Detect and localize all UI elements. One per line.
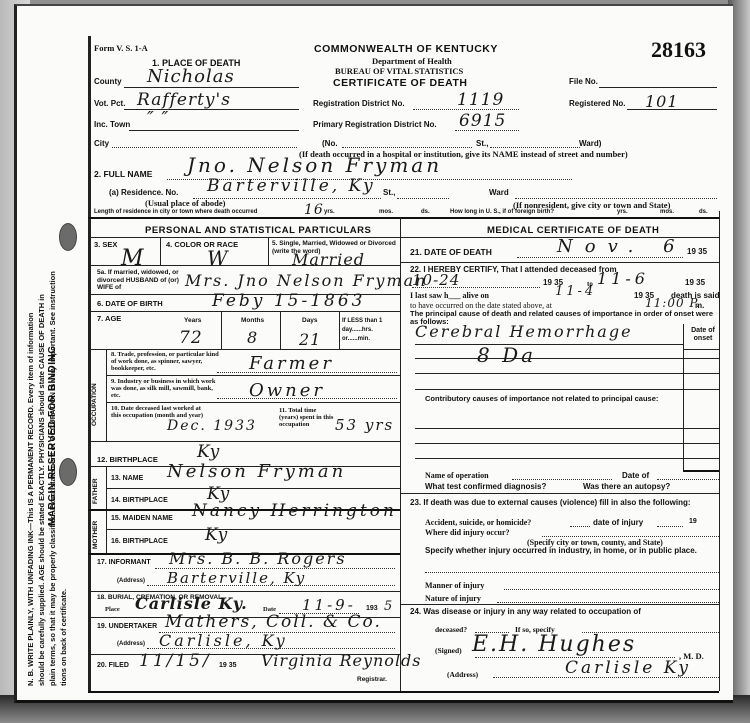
autopsy-label: Was there an autopsy? bbox=[583, 482, 670, 491]
city-st-label: St., bbox=[476, 139, 488, 148]
age-less-label: If LESS than 1 day......hrs. or......min… bbox=[342, 317, 398, 344]
father-side-label: FATHER bbox=[92, 478, 99, 504]
city-no-label: (No. bbox=[322, 139, 338, 148]
medical-section-heading: MEDICAL CERTIFICATE OF DEATH bbox=[487, 225, 659, 236]
divider bbox=[106, 529, 400, 530]
burial-year-suffix: 5 bbox=[384, 599, 393, 614]
last-saw-value: 11-4 bbox=[555, 284, 596, 299]
last-worked-label: 10. Date deceased last worked at this oc… bbox=[111, 405, 209, 419]
registrar-label: Registrar. bbox=[357, 676, 387, 683]
informant-label: 17. INFORMANT bbox=[97, 559, 151, 566]
external-causes-label: 23. If death was due to external causes … bbox=[410, 498, 715, 507]
injury-year-label: 19 bbox=[689, 518, 697, 525]
divider bbox=[221, 311, 222, 349]
spouse-value: Mrs. Jno Nelson Fryman bbox=[185, 271, 427, 290]
divider bbox=[683, 349, 719, 350]
mother-side-label: MOTHER bbox=[92, 521, 99, 549]
divider bbox=[88, 349, 400, 350]
primary-district-value: 6915 bbox=[459, 111, 506, 131]
length-mos-label: mos. bbox=[379, 209, 393, 215]
father-birthplace-label: 14. BIRTHPLACE bbox=[111, 497, 168, 504]
date-of-death-value: Nov. 6 bbox=[557, 236, 687, 257]
city-label: City bbox=[94, 139, 109, 148]
operation-date-underline bbox=[657, 479, 719, 480]
county-label: County bbox=[94, 77, 122, 86]
occupation-question-label: 24. Was disease or injury in any way rel… bbox=[410, 607, 641, 616]
length-of-residence-years: 16 bbox=[304, 202, 324, 218]
age-months-value: 8 bbox=[247, 328, 258, 347]
operation-label: Name of operation bbox=[425, 471, 489, 480]
burial-year-prefix: 193 bbox=[366, 605, 378, 612]
date-of-death-year: 19 35 bbox=[687, 247, 707, 256]
age-years-label: Years bbox=[184, 317, 201, 324]
dob-label: 6. DATE OF BIRTH bbox=[97, 299, 163, 308]
length-yrs-label: yrs. bbox=[324, 209, 335, 215]
injury-date-underline bbox=[657, 526, 683, 527]
cause-line bbox=[415, 344, 683, 345]
undertaker-address-value: Carlisle, Ky bbox=[159, 631, 288, 650]
physician-address-label: (Address) bbox=[447, 670, 478, 679]
father-name-label: 13. NAME bbox=[111, 475, 143, 482]
total-time-value: 53 yrs bbox=[335, 416, 394, 434]
injury-date-label: date of injury bbox=[593, 518, 643, 527]
time-value: 11:00 P. bbox=[645, 296, 701, 310]
inc-town-underline bbox=[129, 130, 299, 131]
form-id: Form V. S. 1-A bbox=[94, 43, 148, 53]
divider bbox=[88, 311, 400, 312]
attended-to-value: 11-6 bbox=[597, 269, 649, 288]
cause-line bbox=[415, 428, 719, 429]
divider bbox=[106, 349, 107, 441]
divider bbox=[160, 237, 161, 265]
divider bbox=[400, 604, 719, 605]
certificate-title: CERTIFICATE OF DEATH bbox=[333, 77, 467, 89]
foreign-mos-label: mos. bbox=[660, 209, 674, 215]
residence-value: Barterville, Ky bbox=[207, 176, 376, 196]
informant-value: Mrs. B. B. Rogers bbox=[169, 549, 347, 568]
operation-underline bbox=[512, 479, 612, 480]
primary-district-label: Primary Registration District No. bbox=[313, 120, 437, 129]
certificate-number: 28163 bbox=[651, 37, 706, 63]
specify-underline bbox=[425, 572, 719, 573]
city-st-underline bbox=[490, 147, 580, 148]
punch-hole-top bbox=[59, 223, 77, 251]
age-label: 7. AGE bbox=[97, 314, 121, 323]
form-left-border bbox=[88, 36, 91, 691]
burial-place-label: Place bbox=[105, 606, 120, 613]
age-days-label: Days bbox=[302, 317, 318, 324]
nature-label: Nature of injury bbox=[425, 594, 481, 603]
birthplace-label: 12. BIRTHPLACE bbox=[97, 455, 158, 464]
residence-label: (a) Residence. No. bbox=[109, 188, 178, 197]
undertaker-address-label: (Address) bbox=[117, 641, 145, 647]
length-ds-label: ds. bbox=[421, 209, 430, 215]
length-of-residence-label: Length of residence in city or town wher… bbox=[94, 209, 257, 215]
cause-line bbox=[415, 458, 719, 459]
occupation-side-label: OCCUPATION bbox=[91, 383, 98, 426]
registrar-signature: Virginia Reynolds bbox=[261, 651, 422, 670]
abode-note: (Usual place of abode) bbox=[145, 198, 226, 208]
where-underline bbox=[542, 536, 719, 537]
mother-name-label: 15. MAIDEN NAME bbox=[111, 515, 173, 522]
registration-district-label: Registration District No. bbox=[313, 99, 405, 108]
divider bbox=[683, 470, 719, 472]
mother-name-value: Nancy Herrington bbox=[192, 501, 397, 521]
manner-underline bbox=[504, 589, 719, 590]
cause-line bbox=[415, 443, 719, 444]
state-heading: COMMONWEALTH OF KENTUCKY bbox=[314, 43, 498, 55]
form-right-border bbox=[719, 211, 720, 691]
contributory-label: Contributory causes of importance not re… bbox=[425, 395, 675, 403]
marital-value: Married bbox=[292, 250, 365, 269]
city-underline bbox=[112, 147, 297, 148]
foreign-ds-label: ds. bbox=[699, 209, 708, 215]
county-value: Nicholas bbox=[147, 66, 235, 87]
divider bbox=[339, 311, 340, 349]
bureau: BUREAU OF VITAL STATISTICS bbox=[335, 66, 463, 76]
date-of-onset-label: Date of onset bbox=[689, 327, 717, 343]
registered-no-label: Registered No. bbox=[569, 99, 625, 108]
manner-label: Manner of injury bbox=[425, 581, 484, 590]
nature-underline bbox=[497, 602, 719, 603]
burial-place-value: Carlisle Ky. bbox=[135, 594, 248, 613]
test-label: What test confirmed diagnosis? bbox=[425, 482, 546, 491]
filed-year: 19 35 bbox=[219, 662, 237, 669]
filed-value: 11/15/ bbox=[139, 651, 212, 671]
accident-underline bbox=[570, 526, 590, 527]
divider bbox=[88, 591, 400, 592]
residence-st-underline bbox=[397, 198, 449, 199]
race-value: W bbox=[207, 246, 229, 270]
nb-line: should be carefully supplied. AGE should… bbox=[36, 271, 47, 686]
physician-signature: E.H. Hughes bbox=[472, 632, 636, 657]
father-name-value: Nelson Fryman bbox=[167, 461, 346, 482]
dob-value: Feby 15-1863 bbox=[212, 291, 365, 311]
divider bbox=[106, 375, 400, 376]
informant-address-value: Barterville, Ky bbox=[167, 569, 306, 587]
form-bottom-border bbox=[88, 691, 719, 693]
accident-label: Accident, suicide, or homicide? bbox=[425, 518, 531, 527]
residence-st-label: St., bbox=[383, 188, 395, 197]
cause-2-value: 8 Da bbox=[477, 343, 536, 367]
spouse-label: 5a. If married, widowed, or divorced HUS… bbox=[97, 269, 189, 292]
vot-pct-label: Vot. Pct. bbox=[94, 99, 125, 108]
nb-line: plain terms, so that it may be properly … bbox=[47, 271, 58, 686]
age-days-value: 21 bbox=[299, 330, 321, 349]
attended-to-year: 19 35 bbox=[685, 278, 705, 287]
inc-town-value: ″ ″ bbox=[147, 108, 169, 129]
cause-line bbox=[415, 373, 719, 374]
foreign-yrs-label: yrs. bbox=[617, 209, 628, 215]
divider bbox=[88, 441, 400, 442]
cause-1-value: Cerebral Hemorrhage bbox=[415, 322, 633, 341]
physician-address-value: Carlisle Ky bbox=[565, 658, 691, 678]
operation-date-label: Date of bbox=[622, 471, 649, 480]
divider bbox=[106, 488, 400, 489]
vot-pct-value: Rafferty's bbox=[137, 90, 231, 110]
divider bbox=[280, 311, 281, 349]
mother-birthplace-value: Ky bbox=[205, 525, 228, 545]
inc-town-label: Inc. Town bbox=[94, 120, 130, 129]
divider bbox=[88, 265, 400, 266]
divider bbox=[400, 493, 719, 494]
section-divider bbox=[88, 217, 719, 219]
divider bbox=[88, 237, 400, 238]
age-years-value: 72 bbox=[179, 328, 203, 348]
trade-value: Farmer bbox=[249, 353, 334, 374]
informant-address-label: (Address) bbox=[117, 578, 145, 584]
file-no-underline bbox=[599, 87, 717, 88]
personal-section-heading: PERSONAL AND STATISTICAL PARTICULARS bbox=[145, 225, 371, 236]
undertaker-label: 19. UNDERTAKER bbox=[97, 623, 157, 630]
birthplace-value: Ky bbox=[197, 442, 220, 462]
death-certificate: MARGIN RESERVED FOR BINDING N. B. WRITE … bbox=[14, 4, 733, 703]
deceased-label: deceased? bbox=[435, 625, 467, 634]
attended-from-underline bbox=[412, 287, 540, 288]
divider bbox=[268, 237, 269, 265]
total-time-label: 11. Total time (years) spent in this occ… bbox=[279, 407, 337, 428]
last-worked-value: Dec. 1933 bbox=[167, 418, 257, 434]
cause-line bbox=[415, 358, 719, 359]
filed-label: 20. FILED bbox=[97, 662, 129, 669]
undertaker-value: Mathers, Coll. & Co. bbox=[165, 612, 382, 632]
signed-label: (Signed) bbox=[435, 646, 462, 655]
onset-column-divider bbox=[683, 324, 684, 470]
punch-hole-bottom bbox=[59, 458, 77, 486]
city-no-underline bbox=[342, 147, 472, 148]
department: Department of Health bbox=[372, 56, 452, 66]
nb-line: N. B. WRITE PLAINLY, WITH UNFADING INK—T… bbox=[25, 271, 36, 686]
where-label: Where did injury occur? bbox=[425, 528, 510, 537]
residence-ward-underline bbox=[515, 198, 717, 199]
sex-label: 3. SEX bbox=[94, 240, 117, 249]
registration-district-value: 1119 bbox=[457, 90, 504, 110]
date-of-death-underline bbox=[517, 257, 683, 258]
city-ward-label: Ward) bbox=[579, 139, 601, 148]
file-no-label: File No. bbox=[569, 77, 598, 86]
full-name-value: Jno. Nelson Fryman bbox=[187, 153, 442, 177]
sex-value: M bbox=[121, 246, 145, 271]
date-of-death-label: 21. DATE OF DEATH bbox=[410, 247, 492, 257]
trade-label: 8. Trade, profession, or particular kind… bbox=[111, 351, 221, 372]
foreign-birth-label: How long in U. S., if of foreign birth? bbox=[450, 209, 554, 215]
county-underline bbox=[124, 87, 299, 88]
cause-line bbox=[415, 389, 719, 390]
divider bbox=[106, 402, 400, 403]
industry-label: 9. Industry or business in which work wa… bbox=[111, 378, 221, 399]
divider bbox=[400, 262, 719, 263]
age-months-label: Months bbox=[241, 317, 264, 324]
last-saw-label: I last saw h___ alive on bbox=[410, 291, 489, 300]
mother-birthplace-label: 16. BIRTHPLACE bbox=[111, 538, 168, 545]
registered-no-value: 101 bbox=[645, 92, 679, 111]
specify-label: Specify whether injury occurred in indus… bbox=[425, 546, 717, 555]
industry-value: Owner bbox=[249, 380, 325, 401]
residence-ward-label: Ward bbox=[489, 188, 509, 197]
full-name-label: 2. FULL NAME bbox=[94, 169, 152, 179]
